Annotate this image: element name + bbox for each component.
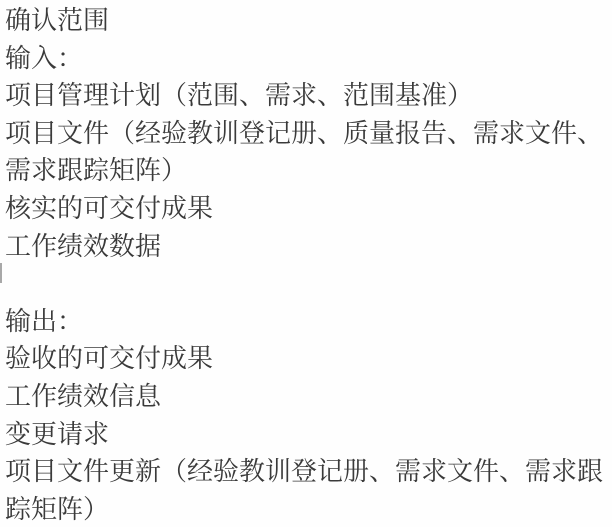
outputs-label: 输出： bbox=[5, 303, 612, 341]
input-item: 工作绩效数据 bbox=[5, 228, 612, 266]
output-item: 变更请求 bbox=[5, 416, 612, 454]
input-item: 核实的可交付成果 bbox=[5, 190, 612, 228]
note-body: 确认范围 输入： 项目管理计划（范围、需求、范围基准） 项目文件（经验教训登记册… bbox=[0, 0, 612, 527]
process-title: 确认范围 bbox=[5, 2, 612, 40]
output-item: 验收的可交付成果 bbox=[5, 340, 612, 378]
output-item: 工作绩效信息 bbox=[5, 378, 612, 416]
input-item: 项目管理计划（范围、需求、范围基准） bbox=[5, 77, 612, 115]
input-item: 项目文件（经验教训登记册、质量报告、需求文件、需求跟踪矩阵） bbox=[5, 115, 612, 190]
outputs-section: 输出： 验收的可交付成果 工作绩效信息 变更请求 项目文件更新（经验教训登记册、… bbox=[5, 303, 612, 527]
text-cursor bbox=[0, 263, 2, 283]
inputs-label: 输入： bbox=[5, 40, 612, 78]
output-item: 项目文件更新（经验教训登记册、需求文件、需求跟踪矩阵） bbox=[5, 453, 612, 527]
inputs-section: 输入： 项目管理计划（范围、需求、范围基准） 项目文件（经验教训登记册、质量报告… bbox=[5, 40, 612, 266]
